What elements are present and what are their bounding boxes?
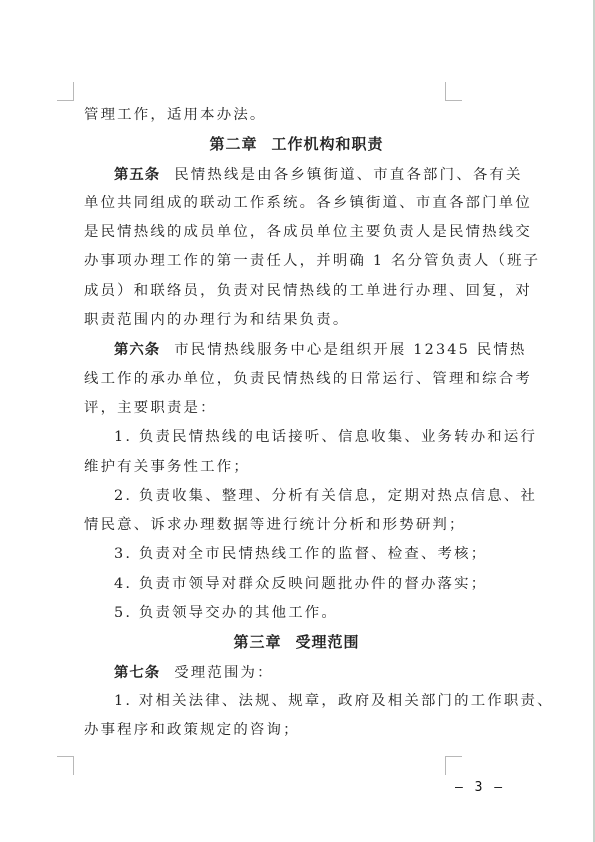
paragraph-line: 办事项办理工作的第一责任人，并明确 1 名分管负责人（班子 <box>84 247 509 276</box>
paragraph-line: 办事程序和政策规定的咨询； <box>84 716 509 745</box>
paragraph-line: 情民意、诉求办理数据等进行统计分析和形势研判； <box>84 511 509 540</box>
chapter-title: 受理范围 <box>296 633 360 651</box>
list-item-line: 5. 负责领导交办的其他工作。 <box>84 599 509 628</box>
crop-mark-top-left <box>57 82 74 101</box>
article-label: 第七条 <box>114 664 160 681</box>
chapter-number: 第二章 <box>209 135 257 153</box>
crop-mark-bottom-right <box>445 756 462 775</box>
article-text: 市民情热线服务中心是组织开展 12345 民情热 <box>174 342 526 358</box>
list-item-line: 1. 负责民情热线的电话接听、信息收集、业务转办和运行 <box>84 423 509 452</box>
page-number: — 3 — <box>455 780 504 795</box>
crop-mark-top-right <box>445 82 462 101</box>
list-item-line: 2. 负责收集、整理、分析有关信息，定期对热点信息、社 <box>84 482 509 511</box>
article-text: 民情热线是由各乡镇街道、市直各部门、各有关 <box>174 167 522 183</box>
paragraph-line: 职责范围内的办理行为和结果负责。 <box>84 306 509 335</box>
chapter-heading-3: 第三章受理范围 <box>84 628 509 657</box>
article-text: 受理范围为： <box>174 665 274 681</box>
paragraph-line: 线工作的承办单位，负责民情热线的日常运行、管理和综合考 <box>84 365 509 394</box>
paragraph-line: 是民情热线的成员单位，各成员单位主要负责人是民情热线交 <box>84 218 509 247</box>
list-item-line: 4. 负责市领导对群众反映问题批办件的督办落实； <box>84 570 509 599</box>
paragraph-line: 单位共同组成的联动工作系统。各乡镇街道、市直各部门单位 <box>84 189 509 218</box>
article-7-first-line: 第七条受理范围为： <box>84 658 509 687</box>
list-item-line: 1. 对相关法律、法规、规章，政府及相关部门的工作职责、 <box>84 687 509 716</box>
chapter-number: 第三章 <box>233 633 281 651</box>
chapter-heading-2: 第二章工作机构和职责 <box>84 130 509 159</box>
list-item-line: 3. 负责对全市民情热线工作的监督、检查、考核； <box>84 540 509 569</box>
crop-mark-bottom-left <box>57 756 74 775</box>
paragraph-line: 评，主要职责是： <box>84 394 509 423</box>
page-body: 管理工作，适用本办法。 第二章工作机构和职责 第五条民情热线是由各乡镇街道、市直… <box>84 101 509 746</box>
article-5-first-line: 第五条民情热线是由各乡镇街道、市直各部门、各有关 <box>84 160 509 189</box>
paragraph-line: 维护有关事务性工作； <box>84 453 509 482</box>
article-label: 第六条 <box>114 341 160 358</box>
paragraph-line: 成员）和联络员，负责对民情热线的工单进行办理、回复，对 <box>84 277 509 306</box>
article-label: 第五条 <box>114 166 160 183</box>
article-6-first-line: 第六条市民情热线服务中心是组织开展 12345 民情热 <box>84 335 509 364</box>
chapter-title: 工作机构和职责 <box>272 135 384 153</box>
paragraph-line: 管理工作，适用本办法。 <box>84 101 509 130</box>
